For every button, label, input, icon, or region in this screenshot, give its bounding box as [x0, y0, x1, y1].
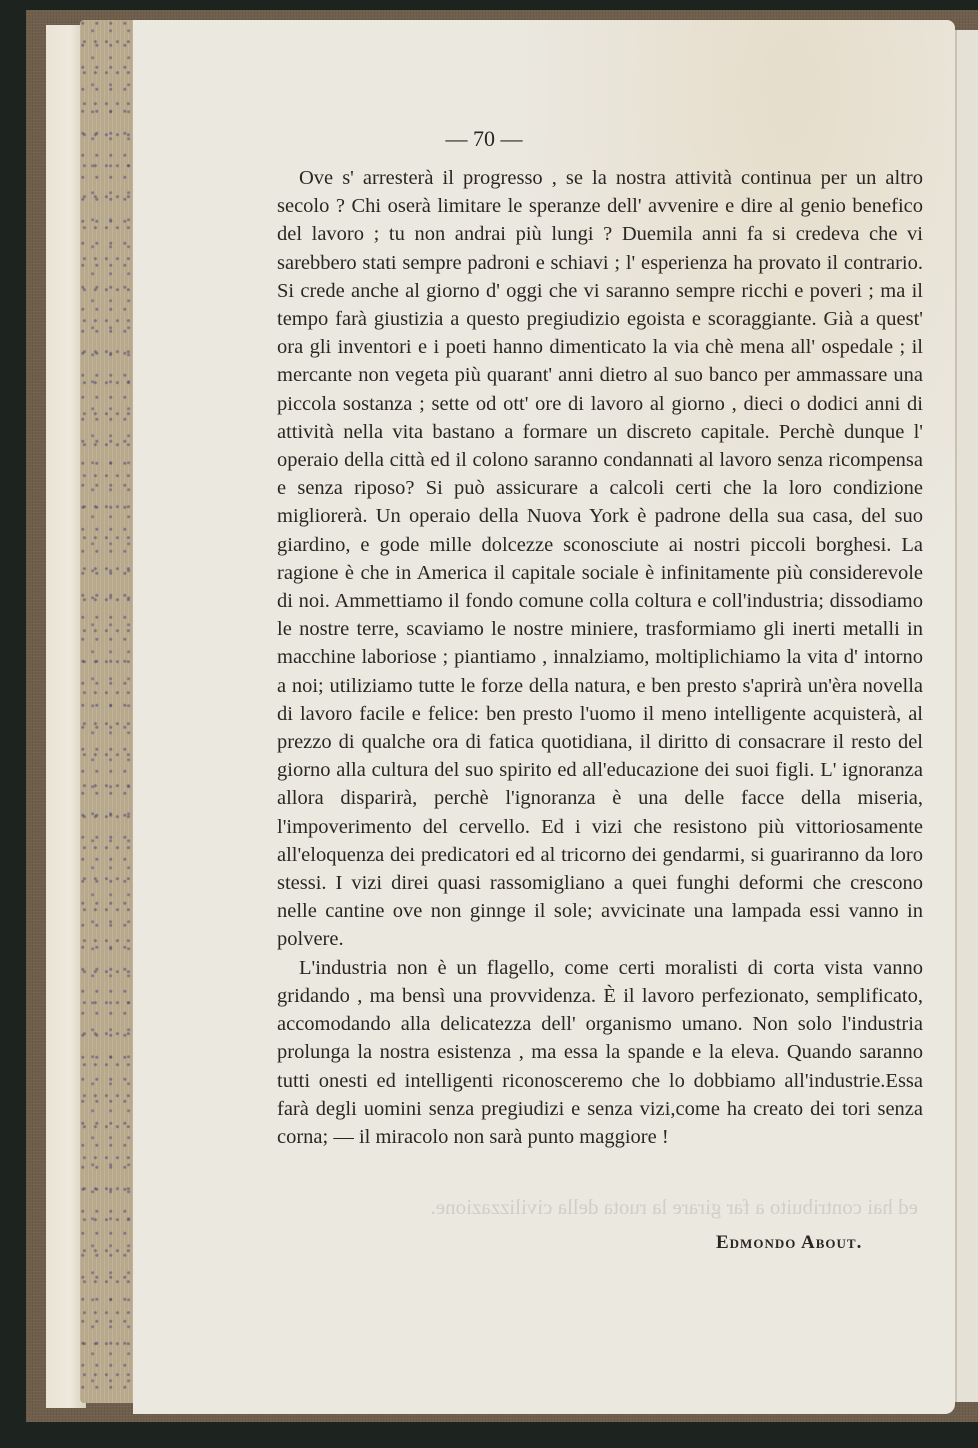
paragraph: Ove s' arresterà il progresso , se la no…: [277, 164, 923, 954]
author-signature: Edmondo About.: [716, 1232, 862, 1254]
body-text: Ove s' arresterà il progresso , se la no…: [277, 164, 923, 1151]
next-page-edge: [955, 30, 978, 1402]
paragraph: L'industria non è un flagello, come cert…: [277, 954, 923, 1151]
page-number: — 70 —: [73, 126, 895, 152]
page-edges: [80, 20, 133, 1403]
